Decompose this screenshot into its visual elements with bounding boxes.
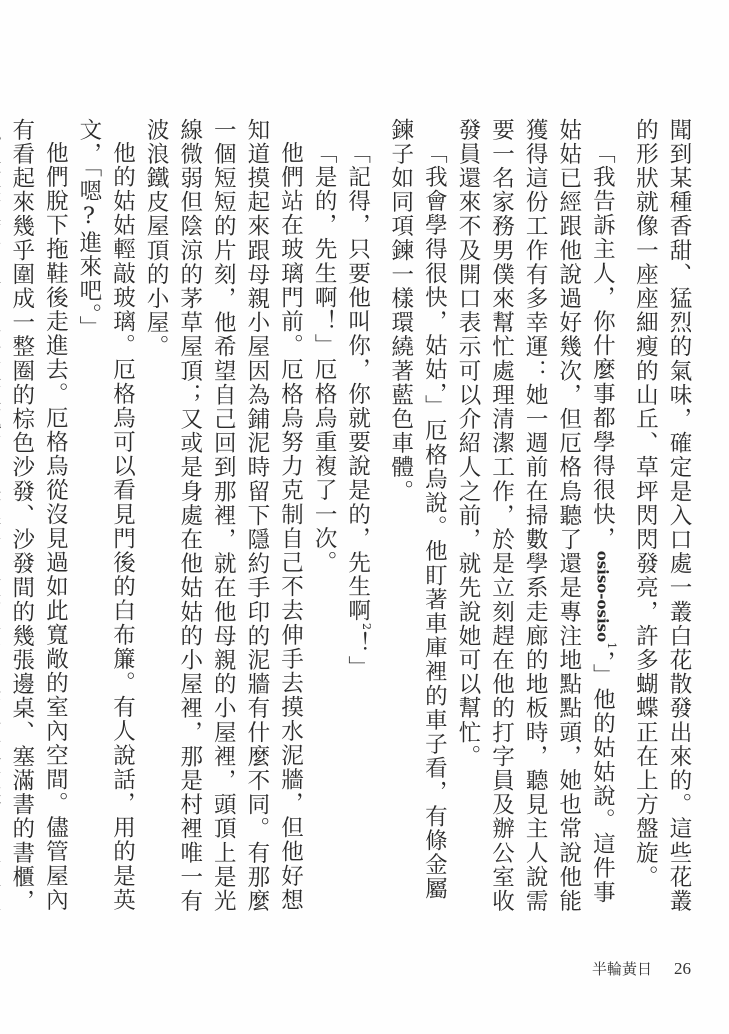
paragraph-4-end: ！」 <box>345 631 371 679</box>
paragraph-8: 他們脫下拖鞋後走進去。厄格烏從沒見過如此寬敞的室內空間。儘管屋內有看起來幾乎圍成… <box>0 118 71 918</box>
paragraph-2-start: 「我告訴主人，你什麼事都學得很快， <box>589 141 615 551</box>
paragraph-4: 「記得，只要他叫你，你就要說是的，先生啊2！」 <box>340 118 383 918</box>
paragraph-2: 「我告訴主人，你什麼事都學得很快，osiso-osiso1，」他的姑姑說。這件事… <box>450 118 627 918</box>
paragraph-3: 「我會學得很快，姑姑，」厄格烏說。他盯著車庫裡的車子看，有條金屬鍊子如同項鍊一樣… <box>383 118 450 918</box>
footnote-marker-2[interactable]: 2 <box>360 623 373 632</box>
page-number: 26 <box>674 959 691 979</box>
paragraph-4-start: 「記得，只要他叫你，你就要說是的，先生啊 <box>345 141 371 623</box>
paragraph-6: 他們站在玻璃門前。厄格烏努力克制自己不去伸手去摸水泥牆，但他好想知道摸起來跟母親… <box>139 118 307 918</box>
paragraph-5: 「是的，先生啊！」厄格烏重複了一次。 <box>306 118 340 918</box>
igbo-term: osiso-osiso <box>593 550 611 641</box>
paragraph-1: 聞到某種香甜、猛烈的氣味，確定是入口處一叢白花散發出來的。這些花叢的形狀就像一座… <box>628 118 695 918</box>
footnote-marker-1[interactable]: 1 <box>605 642 618 651</box>
page-footer: 半輪黃日 26 <box>592 958 691 979</box>
book-page: 聞到某種香甜、猛烈的氣味，確定是入口處一叢白花散發出來的。這些花叢的形狀就像一座… <box>0 0 729 1034</box>
paragraph-7: 他的姑姑輕敲玻璃。厄格烏可以看見門後的白布簾。有人說話，用的是英文，「嗯?進來吧… <box>71 118 138 918</box>
body-text: 聞到某種香甜、猛烈的氣味，確定是入口處一叢白花散發出來的。這些花叢的形狀就像一座… <box>0 118 695 918</box>
running-title: 半輪黃日 <box>592 958 652 979</box>
